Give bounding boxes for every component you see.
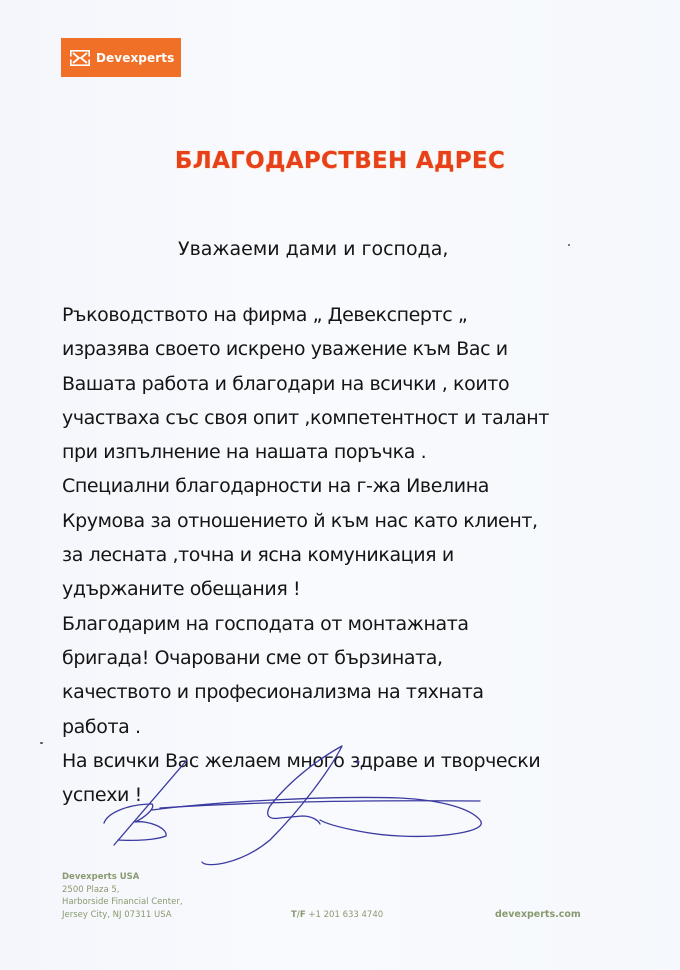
scan-speck xyxy=(196,760,197,761)
body-line: Специални благодарности на г-жа Ивелина xyxy=(62,469,652,503)
scan-speck xyxy=(40,742,43,744)
body-line: качеството и професионализма на тяхната xyxy=(62,675,652,709)
body-line: Крумова за отношението й към нас като кл… xyxy=(62,504,652,538)
phone-number: +1 201 633 4740 xyxy=(308,910,383,920)
body-line: участваха със своя опит ,компетентност и… xyxy=(62,401,652,435)
footer-address-line: 2500 Plaza 5, xyxy=(62,884,183,897)
footer-website: devexperts.com xyxy=(495,909,581,920)
phone-label: T/F xyxy=(291,910,306,920)
body-line: при изпълнение на нашата поръчка . xyxy=(62,435,652,469)
greeting: Уважаеми дами и господа, xyxy=(178,238,448,260)
devexperts-arrows-icon xyxy=(70,50,90,66)
footer-address-line: Jersey City, NJ 07311 USA xyxy=(62,909,183,922)
body-line: Вашата работа и благодари на всички , ко… xyxy=(62,367,652,401)
body-line: работа . xyxy=(62,710,652,744)
letter-page: Devexperts БЛАГОДАРСТВЕН АДРЕС Уважаеми … xyxy=(0,0,680,970)
body-line: за лесната ,точна и ясна комуникация и xyxy=(62,538,652,572)
footer-phone: T/F +1 201 633 4740 xyxy=(291,910,383,920)
devexperts-logo: Devexperts xyxy=(61,38,181,77)
handwritten-signature xyxy=(80,740,520,870)
footer-address-line: Harborside Financial Center, xyxy=(62,896,183,909)
logo-text: Devexperts xyxy=(96,51,174,65)
letter-body: Ръководството на фирма „ Девекспертс „ и… xyxy=(62,298,652,812)
footer-address-block: Devexperts USA 2500 Plaza 5, Harborside … xyxy=(62,871,183,921)
body-line: удържаните обещания ! xyxy=(62,572,652,606)
scan-speck xyxy=(568,244,570,246)
body-line: Благодарим на господата от монтажната xyxy=(62,607,652,641)
body-line: изразява своето искрено уважение към Вас… xyxy=(62,332,652,366)
footer-company-name: Devexperts USA xyxy=(62,871,183,884)
letter-title: БЛАГОДАРСТВЕН АДРЕС xyxy=(0,148,680,174)
body-line: бригада! Очаровани сме от бързината, xyxy=(62,641,652,675)
body-line: Ръководството на фирма „ Девекспертс „ xyxy=(62,298,652,332)
